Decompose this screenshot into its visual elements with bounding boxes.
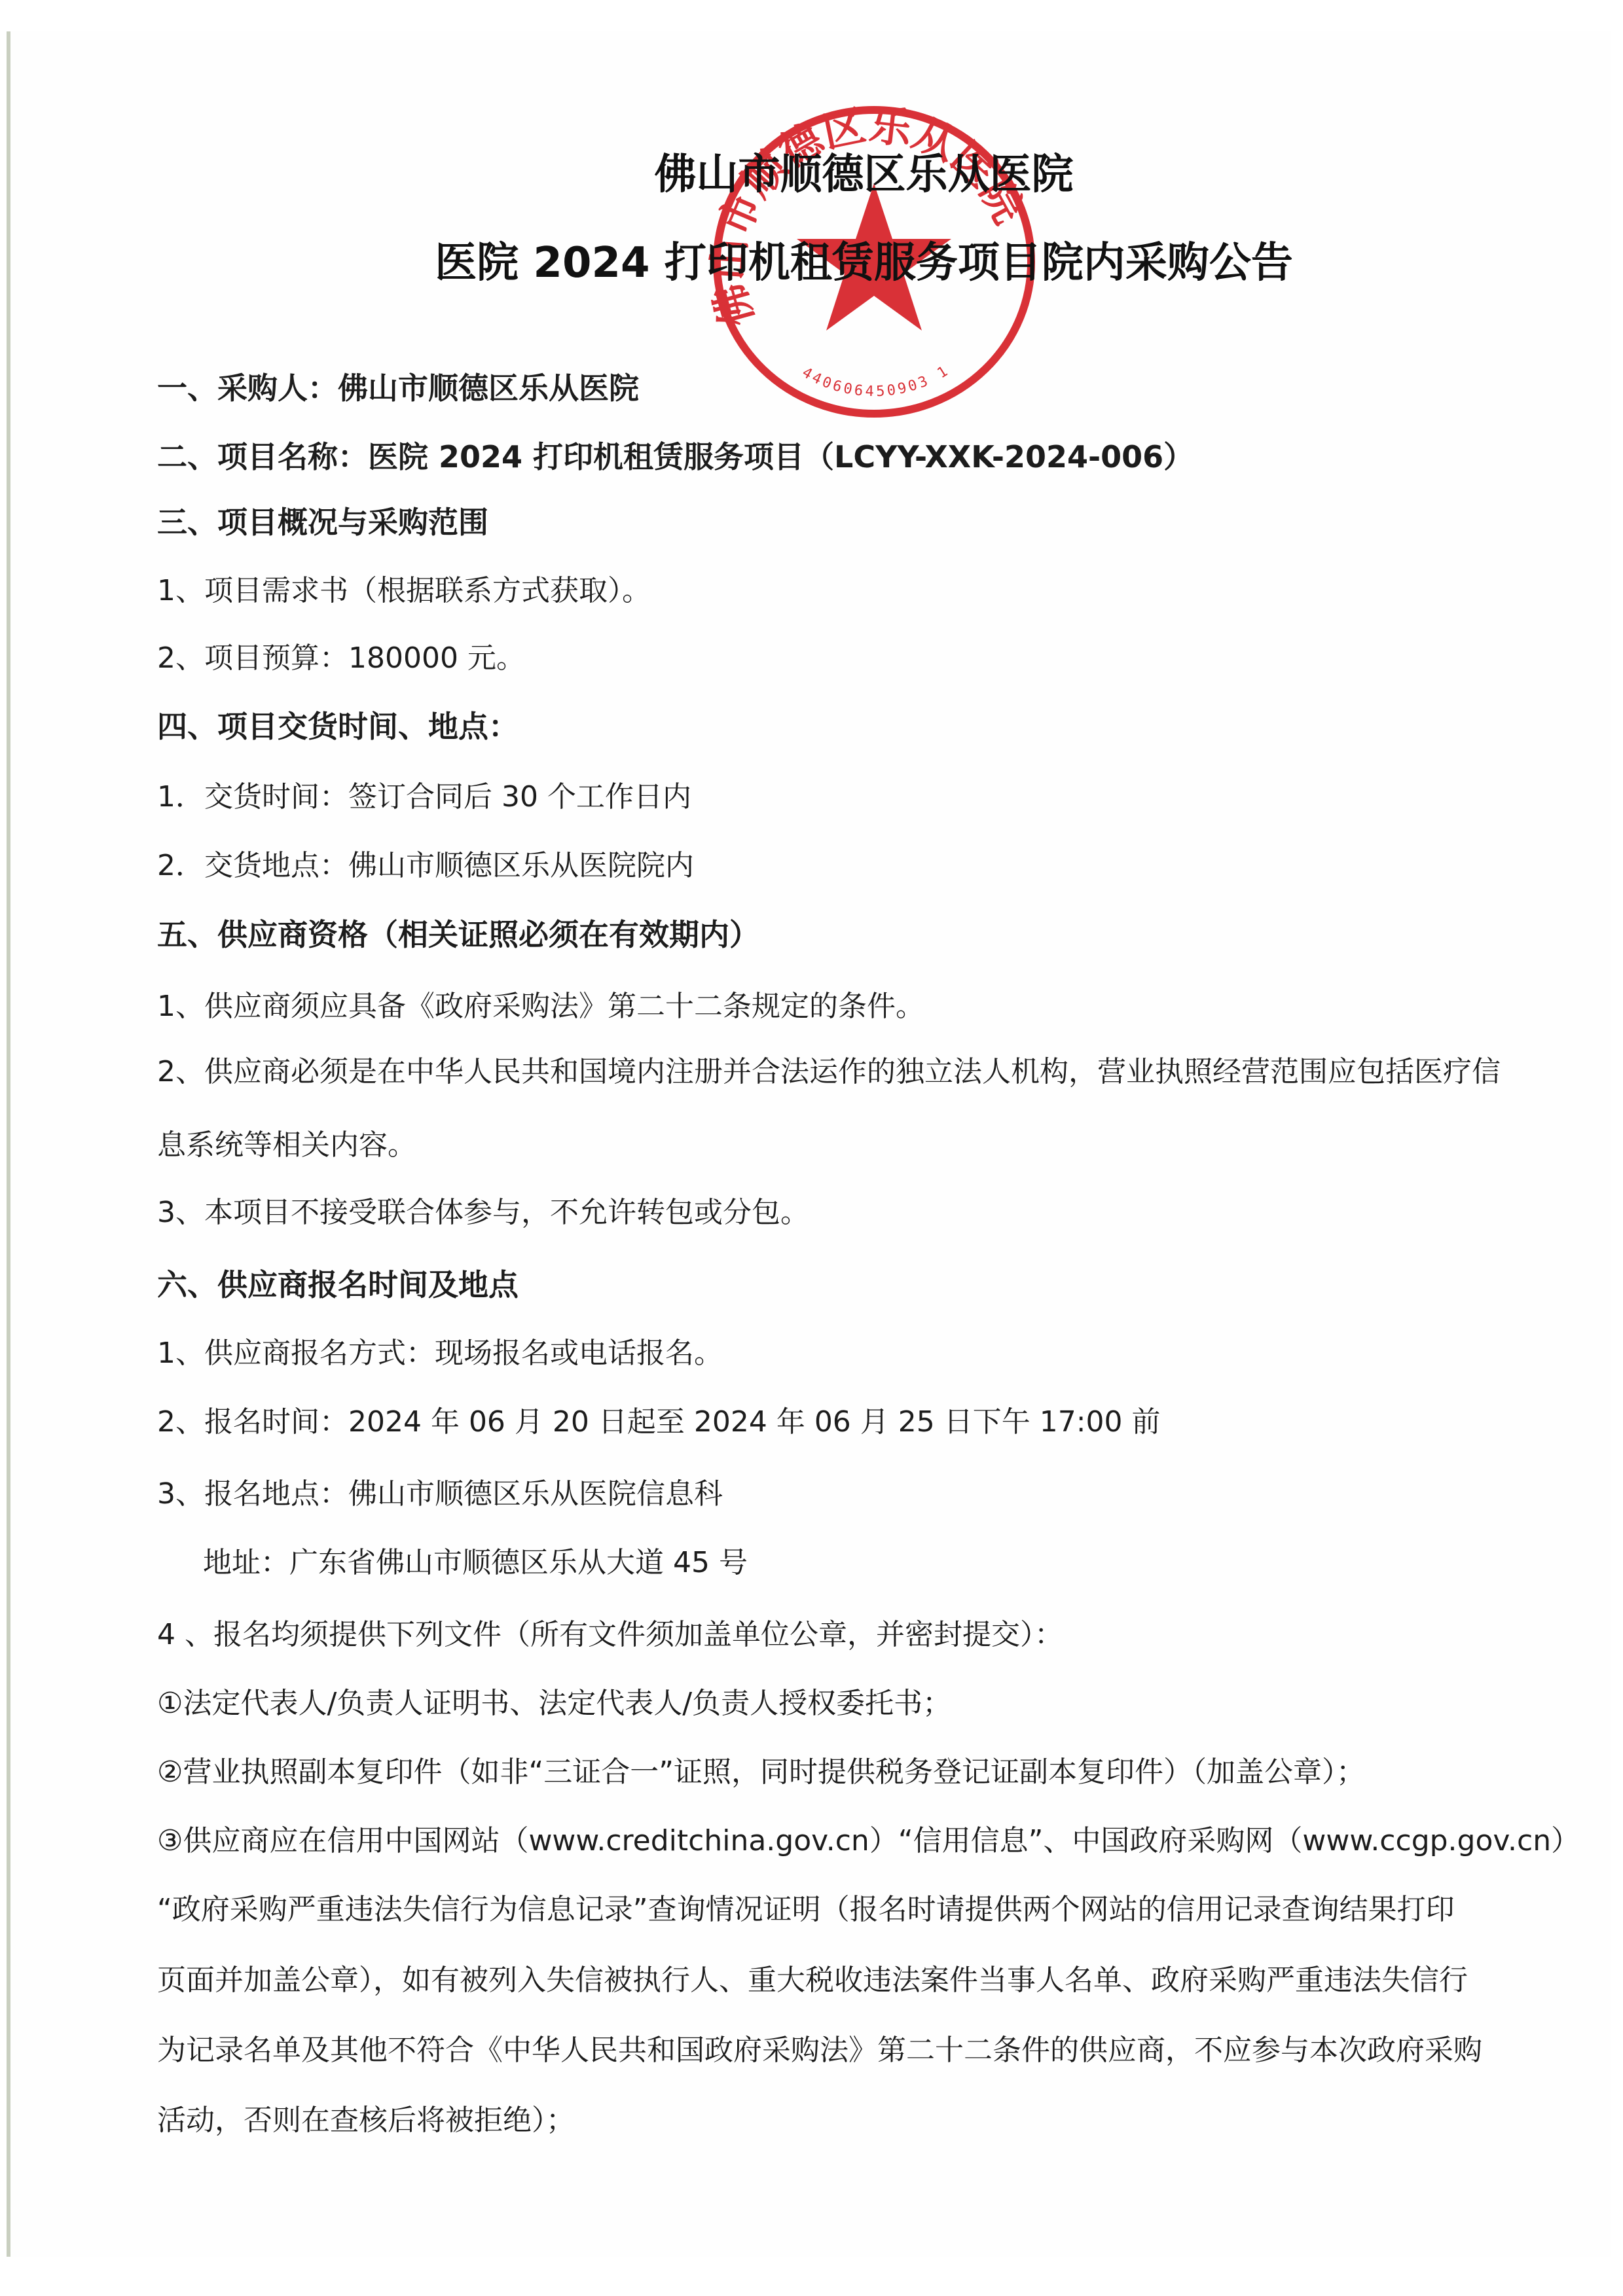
section-purchaser: 一、采购人：佛山市顺德区乐从医院 [157,370,639,406]
registration-item-location: 3、报名地点：佛山市顺德区乐从医院信息科 [157,1476,723,1513]
section-qualification-heading: 五、供应商资格（相关证照必须在有效期内） [157,916,759,953]
overview-item-budget: 2、项目预算：180000 元。 [157,640,525,677]
section-registration-heading: 六、供应商报名时间及地点 [157,1266,519,1303]
scan-bottom-margin [0,2263,1623,2296]
qualification-item-1: 1、供应商须应具备《政府采购法》第二十二条规定的条件。 [157,988,924,1025]
section-delivery-heading: 四、项目交货时间、地点： [157,708,519,745]
delivery-item-location: 2．交货地点：佛山市顺德区乐从医院院内 [157,848,694,884]
delivery-item-time: 1．交货时间：签订合同后 30 个工作日内 [157,779,691,816]
svg-text:440606450903 1: 440606450903 1 [799,362,953,400]
registration-address: 地址：广东省佛山市顺德区乐从大道 45 号 [203,1545,748,1581]
registration-item-documents: 4 、报名均须提供下列文件（所有文件须加盖单位公章，并密封提交）： [157,1617,1063,1653]
required-doc-1: ①法定代表人/负责人证明书、法定代表人/负责人授权委托书； [157,1685,951,1722]
scan-top-margin [0,0,1623,31]
overview-item-requirements: 1、项目需求书（根据联系方式获取）。 [157,573,651,609]
qualification-item-2: 2、供应商必须是在中华人民共和国境内注册并合法运作的独立法人机构，营业执照经营范… [157,1054,1501,1090]
registration-item-time: 2、报名时间：2024 年 06 月 20 日起至 2024 年 06 月 25… [157,1404,1161,1441]
document-title-announcement: 医院 2024 打印机租赁服务项目院内采购公告 [0,229,1623,289]
required-doc-3-cont-4: 活动，否则在查核后将被拒绝）； [157,2102,575,2139]
required-doc-3-cont-1: “政府采购严重违法失信行为信息记录”查询情况证明（报名时请提供两个网站的信用记录… [157,1892,1455,1928]
qualification-item-3: 3、本项目不接受联合体参与，不允许转包或分包。 [157,1194,809,1231]
section-overview-heading: 三、项目概况与采购范围 [157,504,488,541]
document-title-org: 佛山市顺德区乐从医院 [0,141,1623,201]
section-project-name: 二、项目名称：医院 2024 打印机租赁服务项目（LCYY-XXK-2024-0… [157,439,1194,475]
registration-item-method: 1、供应商报名方式：现场报名或电话报名。 [157,1335,723,1372]
required-doc-3-cont-2: 页面并加盖公章），如有被列入失信被执行人、重大税收违法案件当事人名单、政府采购严… [157,1962,1468,1999]
qualification-item-2-cont: 息系统等相关内容。 [157,1127,416,1164]
required-doc-3: ③供应商应在信用中国网站（www.creditchina.gov.cn）“信用信… [157,1823,1580,1859]
required-doc-3-cont-3: 为记录名单及其他不符合《中华人民共和国政府采购法》第二十二条件的供应商，不应参与… [157,2032,1482,2069]
required-doc-2: ②营业执照副本复印件（如非“三证合一”证照，同时提供税务登记证副本复印件）（加盖… [157,1754,1365,1791]
